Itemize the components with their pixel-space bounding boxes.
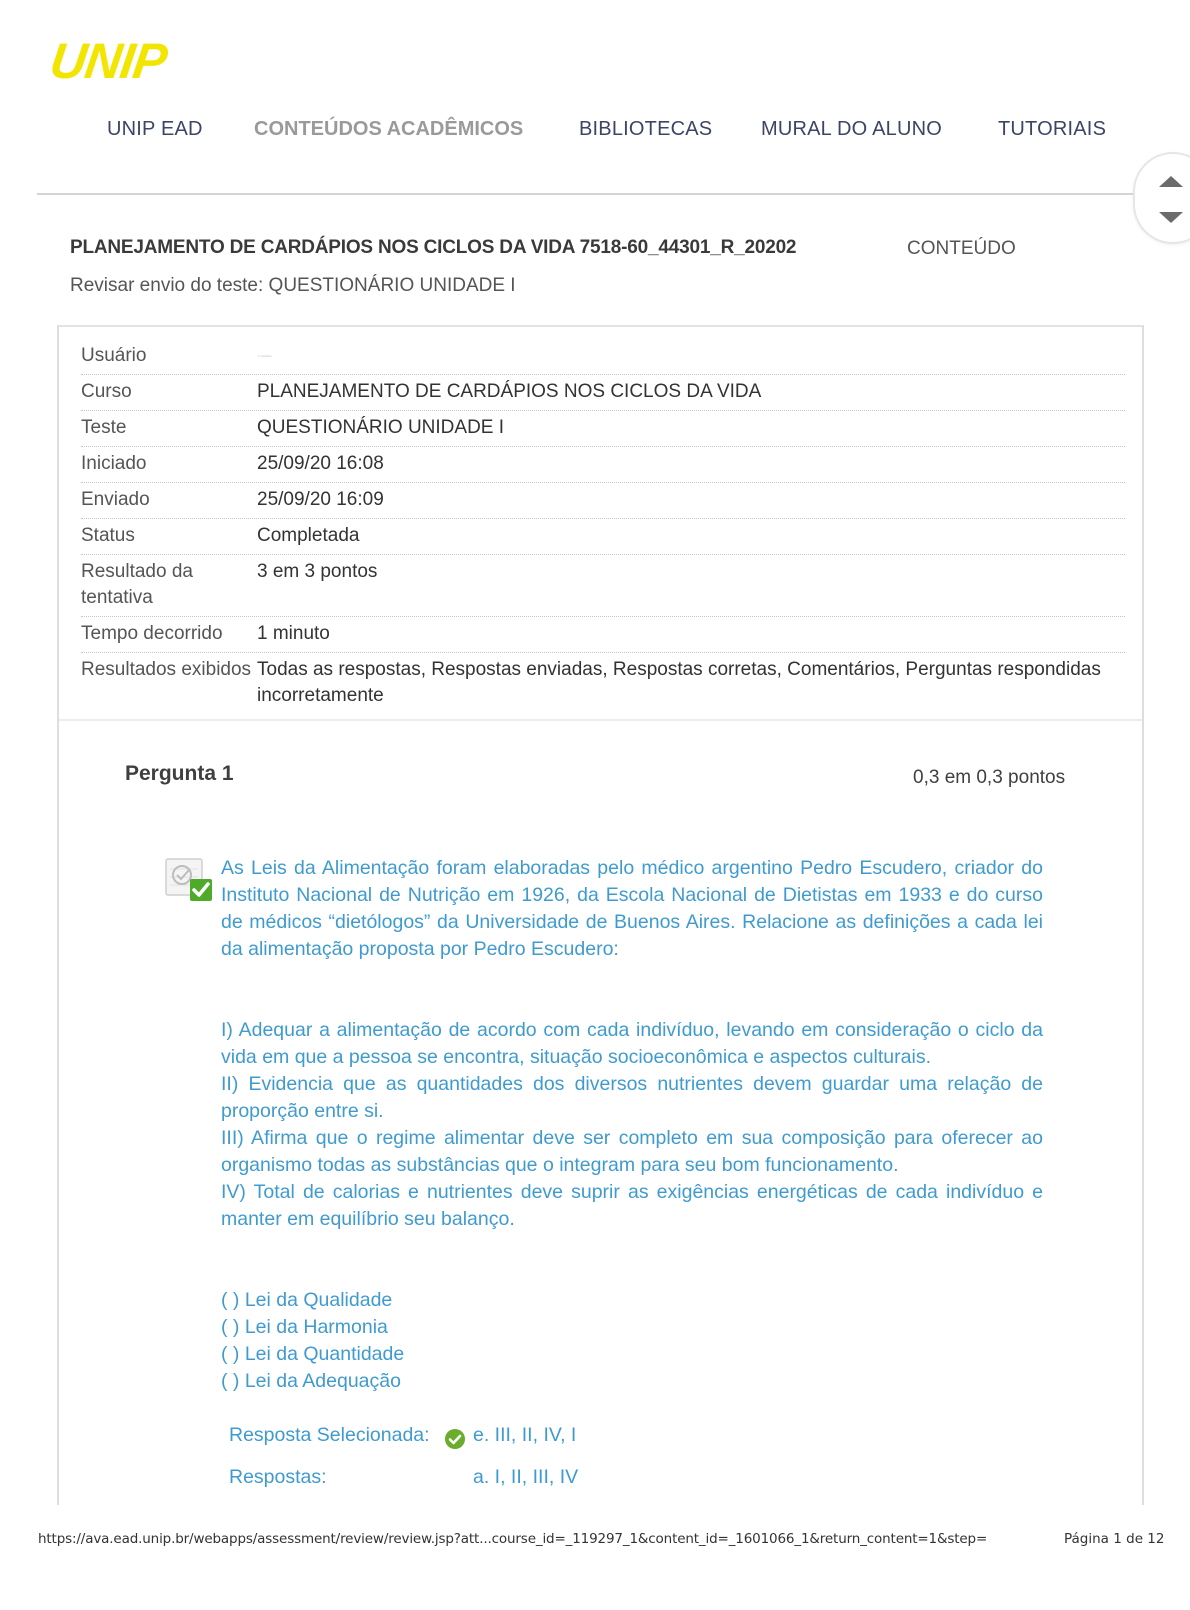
triangle-up-icon[interactable]: [1159, 176, 1183, 187]
unip-logo[interactable]: UNIP: [52, 36, 248, 84]
nav-bibliotecas[interactable]: BIBLIOTECAS: [579, 118, 712, 141]
course-title: PLANEJAMENTO DE CARDÁPIOS NOS CICLOS DA …: [70, 237, 796, 259]
page-url: https://ava.ead.unip.br/webapps/assessme…: [38, 1531, 987, 1547]
triangle-down-icon[interactable]: [1159, 212, 1183, 223]
question-title: Pergunta 1: [125, 762, 234, 786]
info-label: Resultado da tentativa: [81, 559, 257, 611]
info-label: Usuário: [81, 343, 257, 369]
info-label: Teste: [81, 415, 257, 441]
info-label: Curso: [81, 379, 257, 405]
option-quantidade: ( ) Lei da Quantidade: [221, 1341, 1043, 1368]
info-label: Tempo decorrido: [81, 621, 257, 647]
svg-text:UNIP: UNIP: [52, 36, 171, 84]
correct-answer-icon: [164, 855, 216, 903]
info-value: ·—: [257, 343, 1125, 369]
info-value: 3 em 3 pontos: [257, 559, 1125, 611]
info-row-teste: Teste QUESTIONÁRIO UNIDADE I: [81, 411, 1125, 447]
question-body: As Leis da Alimentação foram elaboradas …: [221, 855, 1043, 1395]
info-row-curso: Curso PLANEJAMENTO DE CARDÁPIOS NOS CICL…: [81, 375, 1125, 411]
info-row-enviado: Enviado 25/09/20 16:09: [81, 483, 1125, 519]
question-intro: As Leis da Alimentação foram elaboradas …: [221, 855, 1043, 963]
info-row-resultados-exibidos: Resultados exibidos Todas as respostas, …: [81, 653, 1125, 714]
info-row-usuario: Usuário ·—: [81, 339, 1125, 375]
nav-divider: [37, 193, 1137, 195]
nav-mural-do-aluno[interactable]: MURAL DO ALUNO: [761, 118, 942, 141]
info-row-resultado: Resultado da tentativa 3 em 3 pontos: [81, 555, 1125, 617]
answer-option-a: a. I, II, III, IV: [473, 1466, 578, 1489]
page-number: Página 1 de 12: [1064, 1531, 1164, 1547]
panel-divider: [59, 719, 1142, 721]
statement-4: IV) Total de calorias e nutrientes deve …: [221, 1179, 1043, 1233]
info-value: 25/09/20 16:09: [257, 487, 1125, 513]
question-score: 0,3 em 0,3 pontos: [913, 767, 1065, 789]
answers-label: Respostas:: [229, 1466, 327, 1489]
option-adequacao: ( ) Lei da Adequação: [221, 1368, 1043, 1395]
check-circle-icon: [444, 1428, 466, 1450]
info-label: Status: [81, 523, 257, 549]
statement-2: II) Evidencia que as quantidades dos div…: [221, 1071, 1043, 1125]
statement-3: III) Afirma que o regime alimentar deve …: [221, 1125, 1043, 1179]
info-label: Iniciado: [81, 451, 257, 477]
page-scroll-control: [1133, 152, 1190, 244]
info-label: Enviado: [81, 487, 257, 513]
info-value: 25/09/20 16:08: [257, 451, 1125, 477]
info-value: QUESTIONÁRIO UNIDADE I: [257, 415, 1125, 441]
option-qualidade: ( ) Lei da Qualidade: [221, 1287, 1043, 1314]
main-nav: UNIP EAD CONTEÚDOS ACADÊMICOS BIBLIOTECA…: [0, 118, 1190, 148]
info-value: 1 minuto: [257, 621, 1125, 647]
selected-answer-label: Resposta Selecionada:: [229, 1424, 430, 1447]
attempt-info-table: Usuário ·— Curso PLANEJAMENTO DE CARDÁPI…: [81, 339, 1125, 714]
breadcrumb: Revisar envio do teste: QUESTIONÁRIO UNI…: [70, 275, 516, 297]
info-value: Completada: [257, 523, 1125, 549]
info-label: Resultados exibidos: [81, 657, 257, 709]
info-value: Todas as respostas, Respostas enviadas, …: [257, 657, 1125, 709]
nav-conteudos-academicos[interactable]: CONTEÚDOS ACADÊMICOS: [254, 118, 523, 141]
statement-1: I) Adequar a alimentação de acordo com c…: [221, 1017, 1043, 1071]
info-row-status: Status Completada: [81, 519, 1125, 555]
selected-answer-value: e. III, II, IV, I: [473, 1424, 576, 1447]
nav-tutoriais[interactable]: TUTORIAIS: [998, 118, 1106, 141]
info-value: PLANEJAMENTO DE CARDÁPIOS NOS CICLOS DA …: [257, 379, 1125, 405]
content-link[interactable]: CONTEÚDO: [907, 238, 1016, 260]
info-row-tempo: Tempo decorrido 1 minuto: [81, 617, 1125, 653]
nav-unip-ead[interactable]: UNIP EAD: [107, 118, 203, 141]
info-row-iniciado: Iniciado 25/09/20 16:08: [81, 447, 1125, 483]
option-harmonia: ( ) Lei da Harmonia: [221, 1314, 1043, 1341]
